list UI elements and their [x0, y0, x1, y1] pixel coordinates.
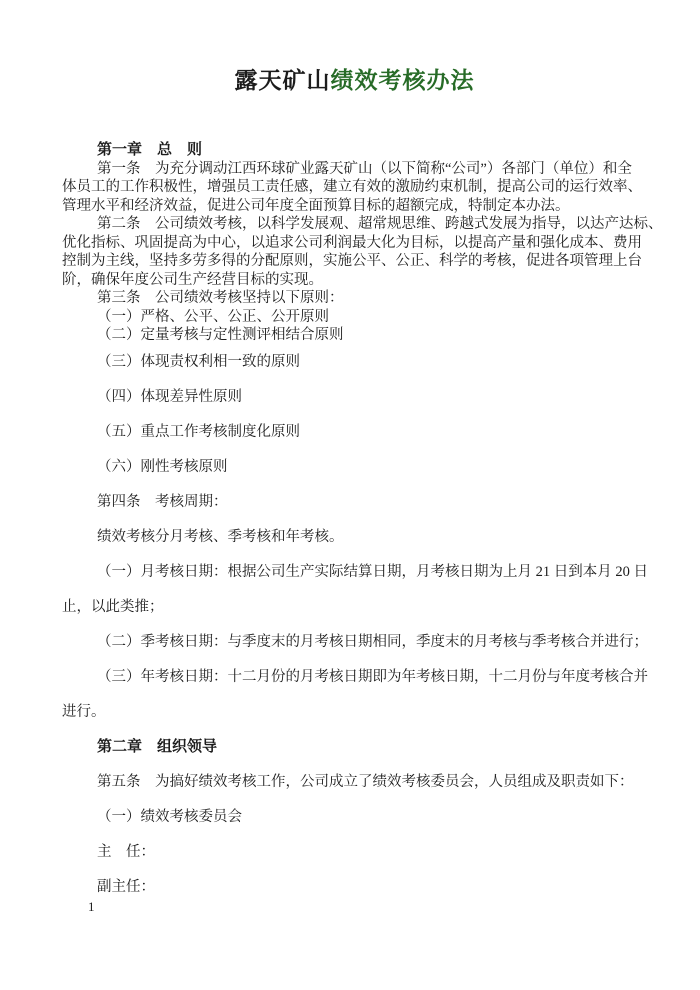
principle-1: （一）严格、公平、公正、公开原则 — [62, 308, 647, 327]
article-2-line-1: 第二条 公司绩效考核，以科学发展观、超常规思维、跨越式发展为指导，以达产达标、 — [62, 215, 647, 234]
yearly-assessment-line-2: 进行。 — [62, 695, 647, 730]
yearly-assessment-line-1: （三）年考核日期：十二月份的月考核日期即为年考核日期，十二月份与年度考核合并 — [62, 660, 647, 695]
article-2-line-4: 阶，确保年度公司生产经营目标的实现。 — [62, 271, 647, 290]
principle-6: （六）刚性考核原则 — [62, 450, 647, 485]
chapter-1-section: 第一章 总 则 第一条 为充分调动江西环球矿业露天矿山（以下简称“公司”）各部门… — [62, 141, 647, 345]
principle-5: （五）重点工作考核制度化原则 — [62, 415, 647, 450]
article-4-heading: 第四条 考核周期： — [62, 485, 647, 520]
document-page: 露天矿山绩效考核办法 第一章 总 则 第一条 为充分调动江西环球矿业露天矿山（以… — [0, 0, 700, 990]
chapter-1-heading: 第一章 总 则 — [62, 141, 647, 160]
chapter-2-heading: 第二章 组织领导 — [62, 730, 647, 765]
page-title-black-part: 露天矿山 — [235, 68, 331, 93]
page-title: 露天矿山绩效考核办法 — [62, 66, 647, 96]
article-3-heading: 第三条 公司绩效考核坚持以下原则： — [62, 289, 647, 308]
quarterly-assessment: （二）季考核日期：与季度末的月考核日期相同，季度末的月考核与季考核合并进行； — [62, 625, 647, 660]
assessment-cycle-intro: 绩效考核分月考核、季考核和年考核。 — [62, 520, 647, 555]
loose-spacing-section: （三）体现责权利相一致的原则 （四）体现差异性原则 （五）重点工作考核制度化原则… — [62, 345, 647, 905]
committee-heading: （一）绩效考核委员会 — [62, 800, 647, 835]
page-number: 1 — [88, 899, 647, 915]
article-5-line: 第五条 为搞好绩效考核工作，公司成立了绩效考核委员会，人员组成及职责如下： — [62, 765, 647, 800]
principle-4: （四）体现差异性原则 — [62, 380, 647, 415]
monthly-assessment-line-2: 止，以此类推； — [62, 590, 647, 625]
monthly-assessment-line-1: （一）月考核日期：根据公司生产实际结算日期，月考核日期为上月 21 日到本月 2… — [62, 555, 647, 590]
committee-director-label: 主 任： — [62, 835, 647, 870]
principle-2: （二）定量考核与定性测评相结合原则 — [62, 326, 647, 345]
article-2-line-2: 优化指标、巩固提高为中心，以追求公司利润最大化为目标，以提高产量和强化成本、费用 — [62, 234, 647, 253]
article-1-line-1: 第一条 为充分调动江西环球矿业露天矿山（以下简称“公司”）各部门（单位）和全 — [62, 160, 647, 179]
article-1-line-2: 体员工的工作积极性，增强员工责任感，建立有效的激励约束机制，提高公司的运行效率、 — [62, 178, 647, 197]
principle-3: （三）体现责权利相一致的原则 — [62, 345, 647, 380]
page-title-green-part: 绩效考核办法 — [331, 68, 475, 93]
article-1-line-3: 管理水平和经济效益，促进公司年度全面预算目标的超额完成，特制定本办法。 — [62, 197, 647, 216]
article-2-line-3: 控制为主线，坚持多劳多得的分配原则，实施公平、公正、科学的考核，促进各项管理上台 — [62, 252, 647, 271]
